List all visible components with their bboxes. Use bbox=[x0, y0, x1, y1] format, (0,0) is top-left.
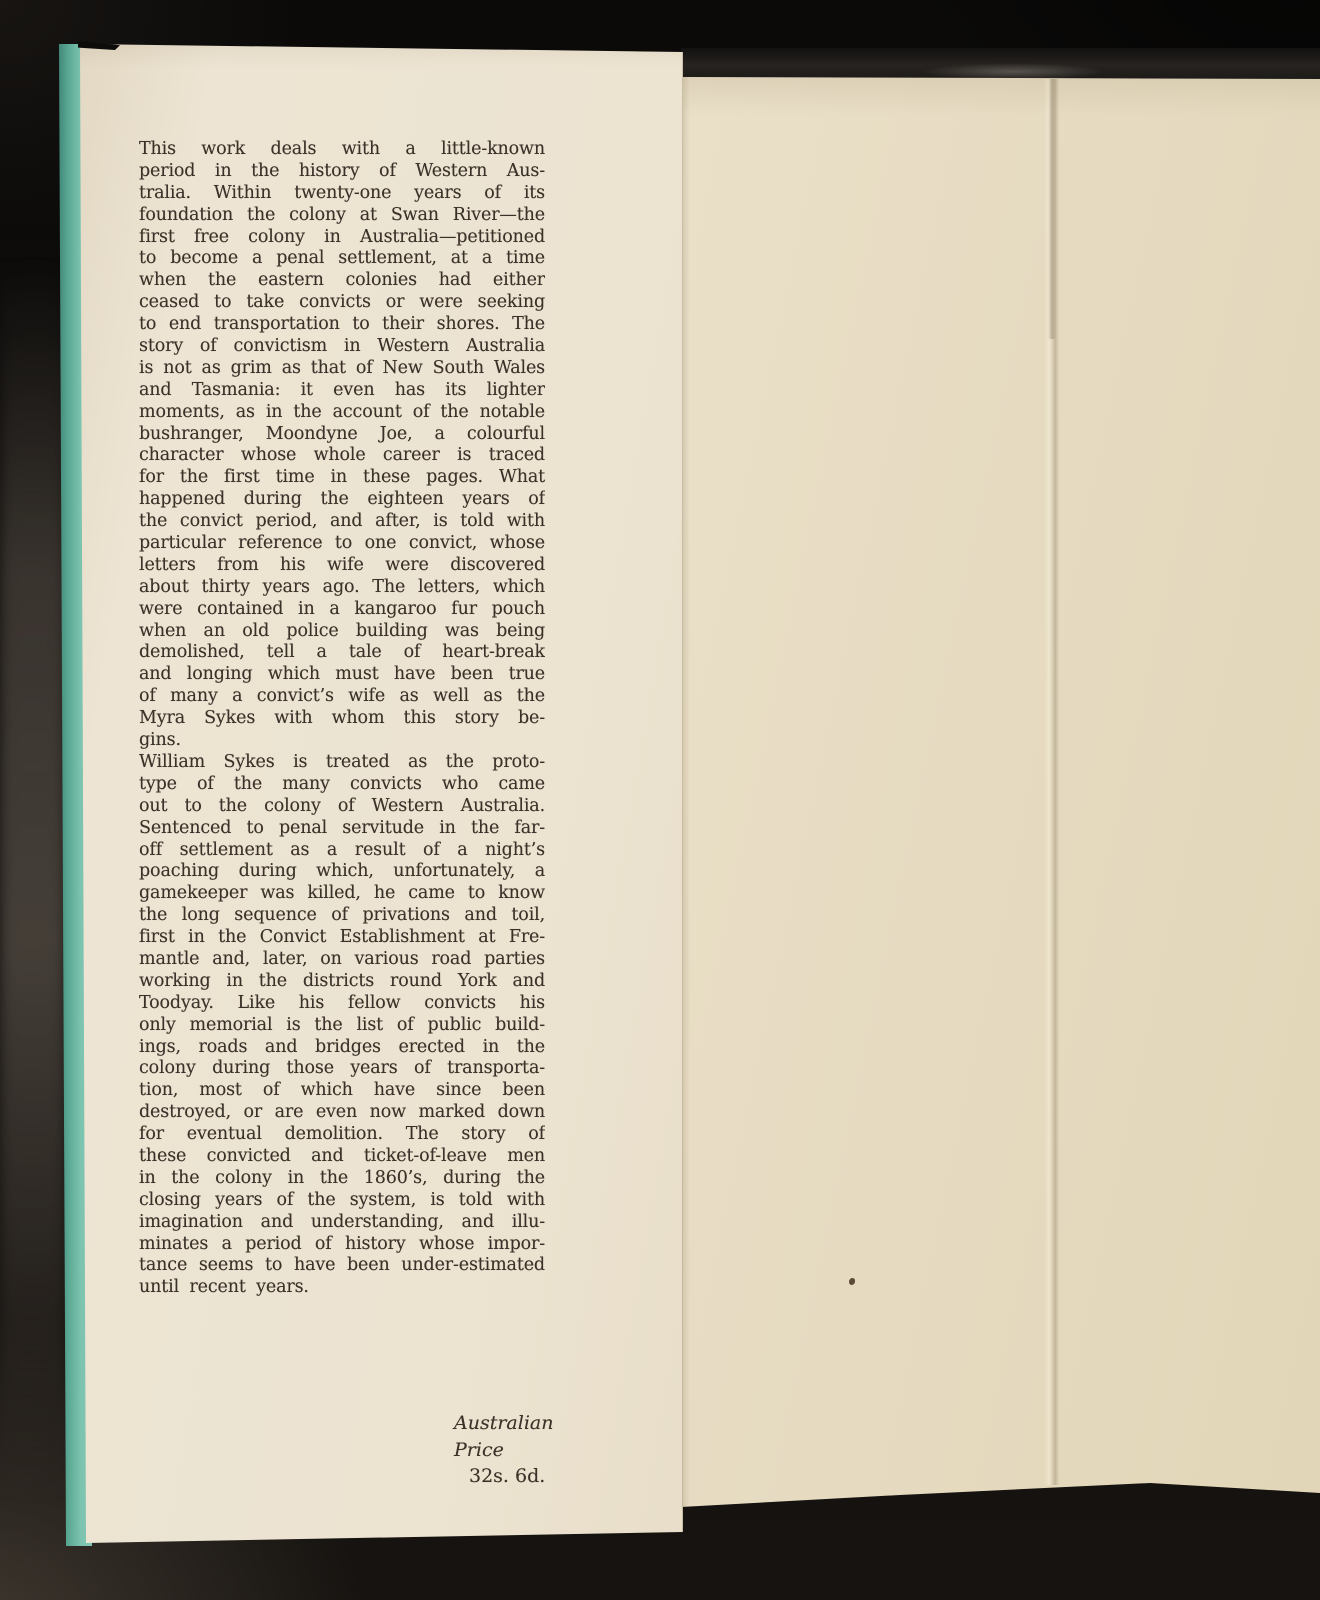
blurb-line: mantle and, later, on various road parti… bbox=[139, 949, 545, 971]
blurb-line: happened during the eighteen years of bbox=[139, 489, 545, 511]
blurb-line: minates a period of history whose impor- bbox=[139, 1234, 545, 1256]
page-speck bbox=[849, 1278, 855, 1285]
flap-blurb: This work deals with a little-knownperio… bbox=[139, 139, 545, 1299]
blurb-line: is not as grim as that of New South Wale… bbox=[139, 358, 545, 380]
blurb-line: moments, as in the account of the notabl… bbox=[139, 402, 545, 424]
blurb-line: only memorial is the list of public buil… bbox=[139, 1015, 545, 1037]
blurb-line: when the eastern colonies had either bbox=[139, 270, 545, 292]
blurb-line: first in the Convict Establishment at Fr… bbox=[139, 927, 545, 949]
blurb-line: to become a penal settlement, at a time bbox=[139, 248, 545, 270]
blurb-line: for the first time in these pages. What bbox=[139, 467, 545, 489]
blurb-line: colony during those years of transporta- bbox=[139, 1058, 545, 1080]
blurb-line: This work deals with a little-known bbox=[139, 139, 545, 161]
blurb-line: letters from his wife were discovered bbox=[139, 555, 545, 577]
blurb-line: closing years of the system, is told wit… bbox=[139, 1190, 545, 1212]
blurb-line: working in the districts round York and bbox=[139, 971, 545, 993]
blurb-line: tion, most of which have since been bbox=[139, 1080, 545, 1102]
price-amount: 32s. 6d. bbox=[454, 1463, 634, 1490]
blurb-line: period in the history of Western Aus- bbox=[139, 161, 545, 183]
blurb-line: Toodyay. Like his fellow convicts his bbox=[139, 993, 545, 1015]
blurb-line: in the colony in the 1860’s, during the bbox=[139, 1168, 545, 1190]
blurb-line: ings, roads and bridges erected in the bbox=[139, 1037, 545, 1059]
blurb-line: out to the colony of Western Australia. bbox=[139, 796, 545, 818]
blurb-line: for eventual demolition. The story of bbox=[139, 1124, 545, 1146]
blurb-paragraph-2: William Sykes is treated as the proto-ty… bbox=[139, 752, 545, 1299]
blurb-line: type of the many convicts who came bbox=[139, 774, 545, 796]
blurb-line: until recent years. bbox=[139, 1277, 545, 1299]
blurb-line: and Tasmania: it even has its lighter bbox=[139, 380, 545, 402]
blurb-line: the long sequence of privations and toil… bbox=[139, 905, 545, 927]
blurb-line: to end transportation to their shores. T… bbox=[139, 314, 545, 336]
blurb-paragraph-1: This work deals with a little-knownperio… bbox=[139, 139, 545, 752]
blurb-line: Sentenced to penal servitude in the far- bbox=[139, 818, 545, 840]
price-label-price: Price bbox=[454, 1437, 634, 1464]
price-block: Australian Price 32s. 6d. bbox=[454, 1410, 634, 1490]
blurb-line: particular reference to one convict, who… bbox=[139, 533, 545, 555]
blurb-line: and longing which must have been true bbox=[139, 664, 545, 686]
blurb-line: bushranger, Moondyne Joe, a colourful bbox=[139, 424, 545, 446]
blurb-line: ceased to take convicts or were seeking bbox=[139, 292, 545, 314]
blurb-line: tralia. Within twenty-one years of its bbox=[139, 183, 545, 205]
blurb-line: when an old police building was being bbox=[139, 621, 545, 643]
blurb-line: gins. bbox=[139, 730, 545, 752]
blurb-line: these convicted and ticket-of-leave men bbox=[139, 1146, 545, 1168]
blurb-line: about thirty years ago. The letters, whi… bbox=[139, 577, 545, 599]
blurred-book-edge bbox=[0, 260, 66, 1500]
blurb-line: poaching during which, unfortunately, a bbox=[139, 861, 545, 883]
blurb-line: of many a convict’s wife as well as the bbox=[139, 686, 545, 708]
photo-of-open-book: { "flap": { "blurb": { "para1_lines": [ … bbox=[0, 0, 1320, 1600]
blurb-line: first free colony in Australia—petitione… bbox=[139, 227, 545, 249]
blurb-line: tance seems to have been under-estimated bbox=[139, 1255, 545, 1277]
blurb-line: Myra Sykes with whom this story be- bbox=[139, 708, 545, 730]
page-crease-top bbox=[1048, 79, 1056, 339]
blurb-line: the convict period, and after, is told w… bbox=[139, 511, 545, 533]
blurb-line: story of convictism in Western Australia bbox=[139, 336, 545, 358]
book-page bbox=[681, 46, 1320, 1508]
blurb-line: were contained in a kangaroo fur pouch bbox=[139, 599, 545, 621]
blurb-line: character whose whole career is traced bbox=[139, 445, 545, 467]
blurb-line: destroyed, or are even now marked down bbox=[139, 1102, 545, 1124]
blurb-line: demolished, tell a tale of heart-break bbox=[139, 642, 545, 664]
blurb-line: gamekeeper was killed, he came to know bbox=[139, 883, 545, 905]
blurb-line: imagination and understanding, and illu- bbox=[139, 1212, 545, 1234]
price-label-australian: Australian bbox=[454, 1410, 634, 1437]
blurb-line: off settlement as a result of a night’s bbox=[139, 840, 545, 862]
blurb-line: foundation the colony at Swan River—the bbox=[139, 205, 545, 227]
blurb-line: William Sykes is treated as the proto- bbox=[139, 752, 545, 774]
